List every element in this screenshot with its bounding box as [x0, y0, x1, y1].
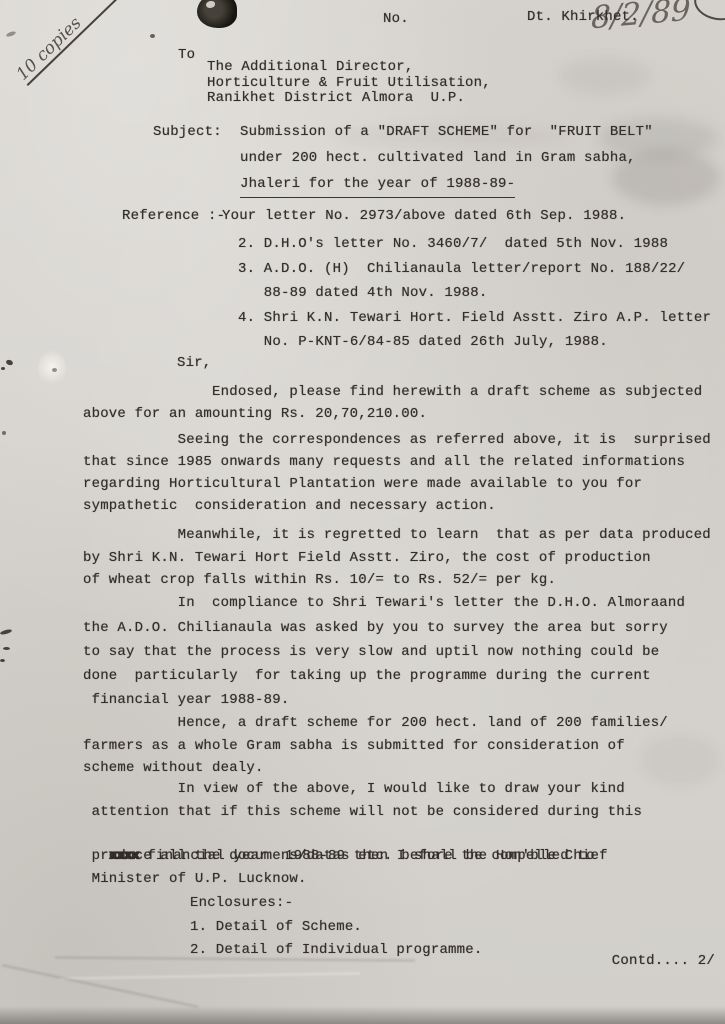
paper-speck — [150, 34, 155, 38]
letter-number-label: No. — [383, 8, 409, 30]
paper-speck — [5, 359, 13, 366]
subject-line-3: Jhaleri for the year of 1988-89- — [240, 173, 515, 198]
bottom-scan-shadow — [0, 1006, 725, 1024]
fold-crease — [2, 964, 198, 1008]
dateline-label: Dt. Khirkhet. — [527, 6, 639, 28]
body-paragraph-6-start: In view of the above, I would like to dr… — [83, 778, 642, 823]
paper-speck — [2, 431, 6, 435]
punch-hole-mark — [197, 0, 237, 28]
paper-speck — [0, 659, 5, 662]
paper-speck — [0, 629, 12, 636]
reference-label: Reference :- — [122, 205, 225, 227]
recipient-to-label: To — [178, 44, 195, 66]
body-paragraph-6-end: produce all the documens/datas etc. befo… — [83, 845, 608, 890]
paper-speck — [52, 368, 57, 372]
paper-speck — [3, 647, 10, 650]
reference-item-1: Your letter No. 2973/above dated 6th Sep… — [222, 205, 626, 227]
enclosures-label: Enclosures:- — [190, 892, 293, 914]
subject-line-2: under 200 hect. cultivated land in Gram … — [240, 147, 636, 169]
enclosures-list: 1. Detail of Scheme. 2. Detail of Indivi… — [190, 916, 482, 962]
ink-smudge — [560, 58, 650, 94]
subject-underlined-text: Jhaleri for the year of 1988-89- — [240, 173, 515, 198]
paper-speck — [1, 367, 5, 370]
subject-line-1: Submission of a "DRAFT SCHEME" for "FRUI… — [240, 121, 653, 143]
salutation: Sir, — [177, 352, 211, 374]
body-paragraph-3: Meanwhile, it is regretted to learn that… — [83, 524, 711, 614]
copies-annotation: 10 copies — [13, 0, 122, 86]
contd-note: Contd.... 2/ — [612, 950, 715, 972]
paper-speck — [6, 30, 17, 37]
body-paragraph-4: the A.D.O. Chilianaula was asked by you … — [83, 616, 668, 712]
reference-items: 2. D.H.O's letter No. 3460/7/ dated 5th … — [238, 232, 711, 355]
subject-label: Subject: — [153, 121, 222, 143]
body-paragraph-1: Endosed, please find herewith a draft sc… — [83, 381, 702, 425]
body-paragraph-2: Seeing the correspondences as referred a… — [83, 429, 711, 517]
recipient-address: The Additional Director, Horticulture & … — [207, 60, 491, 107]
body-paragraph-5: Hence, a draft scheme for 200 hect. land… — [83, 712, 668, 780]
scanned-letter-page: { "header": { "no_label": "No.", "place_… — [0, 0, 725, 1024]
fold-crease — [60, 972, 360, 979]
page-corner-circle — [691, 0, 725, 24]
